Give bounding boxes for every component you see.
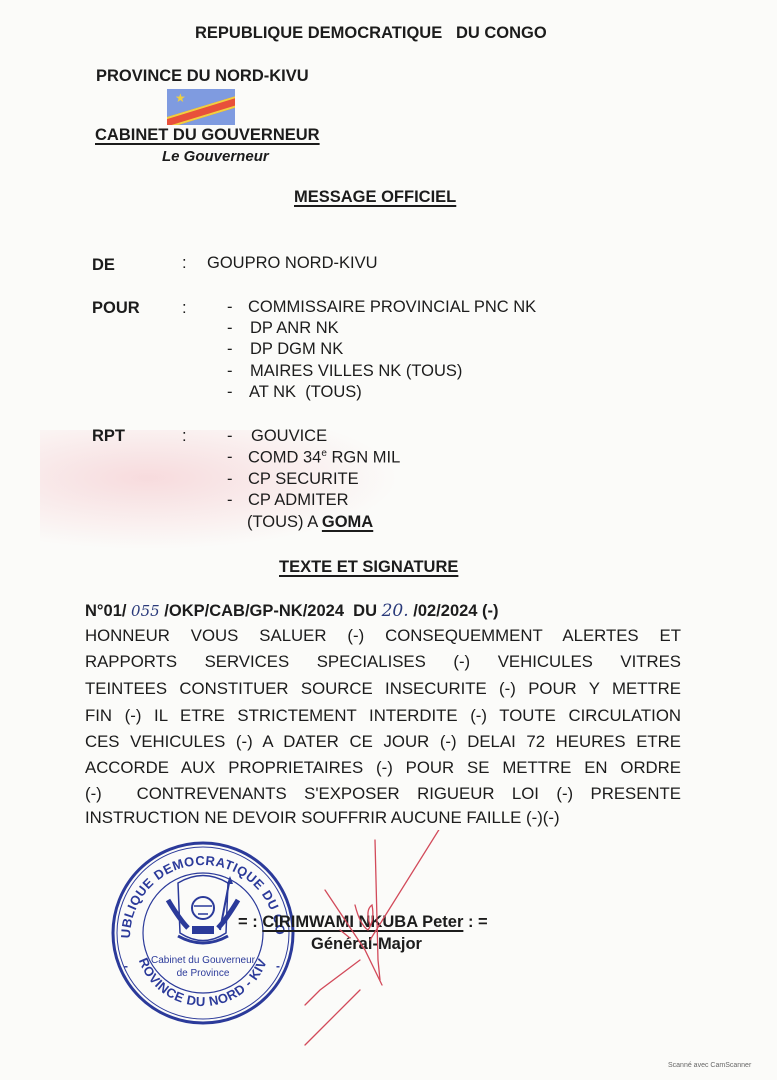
handwritten-number: 055 [131, 602, 160, 620]
from-value: GOUPRO NORD-KIVU [207, 254, 378, 273]
from-label: DE [92, 256, 115, 275]
svg-text:-: - [276, 959, 280, 973]
office-subheading: Le Gouverneur [162, 148, 269, 165]
reference-line: N°01/ 055 /OKP/CAB/GP-NK/2024 DU 20. /02… [85, 601, 499, 621]
body-line: FIN (-) IL ETRE STRICTEMENT INTERDITE (-… [85, 706, 681, 726]
body-line: CES VEHICULES (-) A DATER CE JOUR (-) DE… [85, 732, 681, 752]
to-separator: : [182, 299, 187, 318]
cc-bullet: - [227, 491, 233, 510]
scanner-watermark: Scanné avec CamScanner [668, 1062, 751, 1069]
to-bullet: - [227, 298, 233, 317]
cc-destination: (TOUS) A GOMA [247, 513, 373, 532]
cc-label: RPT [92, 427, 125, 446]
cc-separator: : [182, 427, 187, 446]
cc-destination-prefix: (TOUS) A [247, 513, 322, 531]
to-item: DP DGM NK [250, 340, 343, 359]
cc-destination-place: GOMA [322, 513, 373, 531]
to-item: AT NK (TOUS) [249, 383, 362, 402]
body-line: HONNEUR VOUS SALUER (-) CONSEQUEMMENT AL… [85, 626, 681, 646]
signatory-suffix: : = [463, 913, 487, 931]
country-heading: REPUBLIQUE DEMOCRATIQUE DU CONGO [195, 24, 547, 43]
reference-code: /OKP/CAB/GP-NK/2024 [164, 602, 344, 620]
reference-date: /02/2024 (-) [413, 602, 498, 620]
signatory-prefix: = : [238, 913, 262, 931]
svg-text:-: - [124, 959, 128, 973]
cc-bullet: - [227, 427, 233, 446]
body-line: INSTRUCTION NE DEVOIR SOUFFRIR AUCUNE FA… [85, 808, 681, 828]
to-bullet: - [227, 340, 233, 359]
body-line: ACCORDE AUX PROPRIETAIRES (-) POUR SE ME… [85, 758, 681, 778]
handwritten-day: 20. [382, 601, 409, 621]
to-bullet: - [227, 362, 233, 381]
from-separator: : [182, 254, 187, 273]
body-line: RAPPORTS SERVICES SPECIALISES (-) VEHICU… [85, 652, 681, 672]
official-seal: REPUBLIQUE DEMOCRATIQUE DU CONGO PROVINC… [108, 838, 298, 1028]
seal-inner-line2: de Province [177, 968, 230, 979]
signatory-rank: Général-Major [311, 935, 422, 954]
to-bullet: - [227, 319, 233, 338]
to-item: DP ANR NK [250, 319, 339, 338]
to-bullet: - [227, 383, 233, 402]
cc-item: GOUVICE [251, 427, 327, 446]
cc-item: CP SECURITE [248, 470, 359, 489]
body-line: (-) CONTREVENANTS S'EXPOSER RIGUEUR LOI … [85, 784, 681, 804]
cabinet-heading: CABINET DU GOUVERNEUR [95, 126, 320, 145]
reference-prefix: N°01/ [85, 602, 126, 620]
to-item: MAIRES VILLES NK (TOUS) [250, 362, 462, 381]
reference-du: DU [353, 602, 377, 620]
section-title: TEXTE ET SIGNATURE [279, 558, 458, 577]
cc-item: CP ADMITER [248, 491, 349, 510]
body-line: TEINTEES CONSTITUER SOURCE INSECURITE (-… [85, 679, 681, 699]
signatory-line: = : CIRIMWAMI NKUBA Peter : = [238, 913, 488, 932]
seal-inner-line1: Cabinet du Gouverneur [151, 955, 256, 966]
to-label: POUR [92, 299, 140, 318]
cc-bullet: - [227, 448, 233, 467]
province-heading: PROVINCE DU NORD-KIVU [96, 67, 309, 86]
document-title: MESSAGE OFFICIEL [294, 188, 456, 207]
cc-item: COMD 34e RGN MIL [248, 448, 400, 468]
signatory-name: CIRIMWAMI NKUBA Peter [262, 913, 463, 931]
cc-bullet: - [227, 470, 233, 489]
to-item: COMMISSAIRE PROVINCIAL PNC NK [248, 298, 536, 317]
drc-flag-icon: ★ [167, 89, 235, 125]
